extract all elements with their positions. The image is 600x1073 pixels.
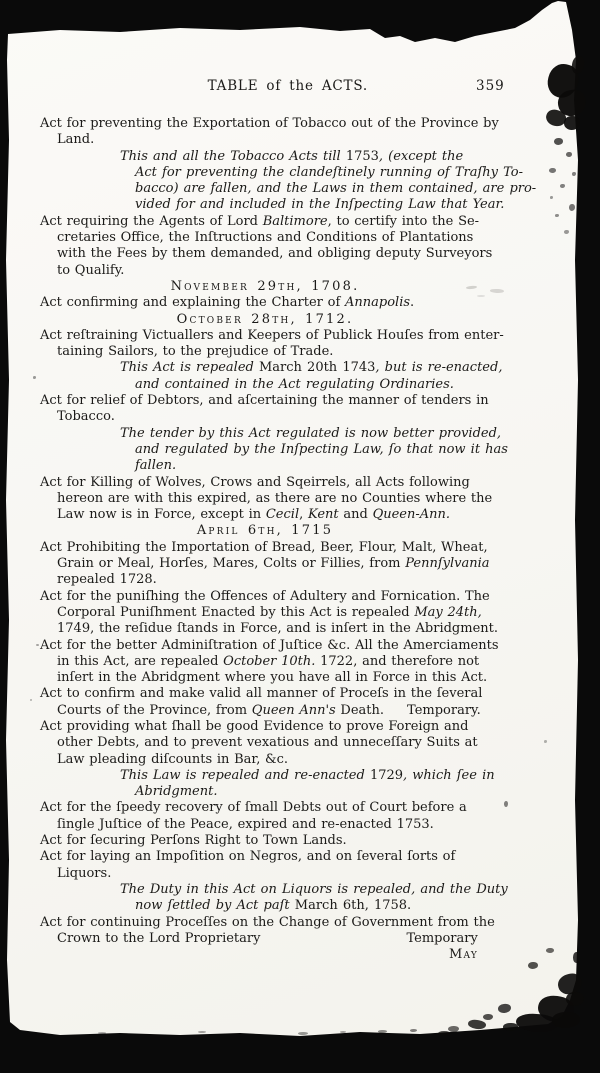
act-line: to Qualify. (40, 263, 542, 279)
act-line: hereon are with this expired, as there a… (40, 491, 542, 507)
act-line: Act for relief of Debtors, and aſcertain… (40, 393, 542, 409)
note-line: This and all the Tobacco Acts till 1753,… (40, 149, 542, 165)
act-line: Act for the better Adminiſtration of Juſ… (40, 638, 542, 654)
ink-smudge (566, 992, 584, 1006)
act-entry: Act for preventing the Exportation of To… (40, 116, 542, 149)
act-line: 1749, the reſidue ſtands in Force, and i… (40, 621, 542, 637)
act-entry: Act for relief of Debtors, and aſcertain… (40, 393, 542, 426)
ink-smudge (573, 952, 580, 963)
note-line: The Duty in this Act on Liquors is repea… (40, 882, 542, 898)
act-line: Corporal Puniſhment Enacted by this Act … (40, 605, 542, 621)
note-line: vided for and included in the Inſpecting… (40, 197, 542, 213)
status-word: Temporary. (407, 703, 481, 719)
act-line: cretaries Office, the Inſtructions and C… (40, 230, 542, 246)
act-note: This Act is repealed March 20th 1743, bu… (40, 360, 542, 393)
date-line: April 6th, 1715 (14, 523, 516, 539)
ink-smudge (552, 1012, 580, 1028)
act-line: Land. (40, 132, 542, 148)
act-entry: Act to confirm and make valid all manner… (40, 686, 542, 719)
act-line: taining Sailors, to the prejudice of Tra… (40, 344, 542, 360)
act-line: Act for ſecuring Perſons Right to Town L… (40, 833, 542, 849)
act-entry: Act for ſecuring Perſons Right to Town L… (40, 833, 542, 849)
catchword: May (40, 947, 542, 963)
act-line: other Debts, and to prevent vexatious an… (40, 735, 542, 751)
note-line: Act for preventing the clandeſtinely run… (40, 165, 542, 181)
act-entry: Act for the ſpeedy recovery of ſmall Deb… (40, 800, 542, 833)
act-line: Act Prohibiting the Importation of Bread… (40, 540, 542, 556)
act-line: Act providing what ſhall be good Evidenc… (40, 719, 542, 735)
ink-smudge (564, 116, 580, 130)
act-line: Courts of the Province, from Queen Ann's… (40, 703, 542, 719)
act-line: Grain or Meal, Horſes, Mares, Colts or F… (40, 556, 542, 572)
act-line: ſingle Juſtice of the Peace, expired and… (40, 817, 542, 833)
note-line: Abridgment. (40, 784, 542, 800)
date-line: November 29th, 1708. (14, 279, 516, 295)
act-line: repealed 1728. (40, 572, 542, 588)
act-line: Act to confirm and make valid all manner… (40, 686, 542, 702)
act-line: Act for laying an Impoſition on Negros, … (40, 849, 542, 865)
note-line: and contained in the Act regulating Ordi… (40, 377, 542, 393)
act-line: Act for the puniſhing the Offences of Ad… (40, 589, 542, 605)
ink-smudge (340, 1031, 346, 1033)
ink-smudge (36, 644, 39, 646)
note-line: now ſettled by Act paſt March 6th, 1758. (40, 898, 542, 914)
note-line: fallen. (40, 458, 542, 474)
act-line: Liquors. (40, 866, 542, 882)
ink-smudge (30, 699, 32, 701)
page-number: 359 (476, 78, 505, 94)
ink-smudge (503, 1023, 518, 1031)
act-entry: Act for continuing Proceſſes on the Chan… (40, 915, 542, 948)
act-line: Act confirming and explaining the Charte… (40, 295, 542, 311)
note-line: and regulated by the Inſpecting Law, ſo … (40, 442, 542, 458)
status-word: Temporary (406, 931, 477, 947)
note-line: The tender by this Act regulated is now … (40, 426, 542, 442)
scanned-document: TABLE of the ACTS. 359 Act for preventin… (0, 0, 600, 1073)
act-line: Tobacco. (40, 409, 542, 425)
act-line: Act for continuing Proceſſes on the Chan… (40, 915, 542, 931)
act-entry: Act for Killing of Wolves, Crows and Sqe… (40, 475, 542, 524)
acts-list: Act for preventing the Exportation of To… (40, 116, 542, 947)
act-line: inſert in the Abridgment where you have … (40, 670, 542, 686)
act-entry: Act reſtraining Victuallers and Keepers … (40, 328, 542, 361)
act-line: Act for Killing of Wolves, Crows and Sqe… (40, 475, 542, 491)
act-entry: Act for laying an Impoſition on Negros, … (40, 849, 542, 882)
session-date: October 28th, 1712. (40, 312, 542, 328)
act-line: Law now is in Force, except in Cecil, Ke… (40, 507, 542, 523)
act-line: Act requiring the Agents of Lord Baltimo… (40, 214, 542, 230)
act-line: Act for preventing the Exportation of To… (40, 116, 542, 132)
act-line: Crown to the Lord ProprietaryTemporary (40, 931, 542, 947)
page-title: TABLE of the ACTS. (208, 78, 368, 94)
act-line: Law pleading diſcounts in Bar, &c. (40, 752, 542, 768)
act-line: with the Fees by them demanded, and obli… (40, 246, 542, 262)
note-line: This Law is repealed and re-enacted 1729… (40, 768, 542, 784)
act-note: This and all the Tobacco Acts till 1753,… (40, 149, 542, 214)
act-entry: Act providing what ſhall be good Evidenc… (40, 719, 542, 768)
act-entry: Act Prohibiting the Importation of Bread… (40, 540, 542, 589)
act-entry: Act for the puniſhing the Offences of Ad… (40, 589, 542, 638)
date-line: October 28th, 1712. (14, 312, 516, 328)
act-line: in this Act, are repealed October 10th. … (40, 654, 542, 670)
act-entry: Act requiring the Agents of Lord Baltimo… (40, 214, 542, 279)
note-line: bacco) are fallen, and the Laws in them … (40, 181, 542, 197)
act-note: This Law is repealed and re-enacted 1729… (40, 768, 542, 801)
act-entry: Act for the better Adminiſtration of Juſ… (40, 638, 542, 687)
act-line: Act for the ſpeedy recovery of ſmall Deb… (40, 800, 542, 816)
note-line: This Act is repealed March 20th 1743, bu… (40, 360, 542, 376)
ink-smudge (438, 1031, 450, 1036)
act-note: The Duty in this Act on Liquors is repea… (40, 882, 542, 915)
page-content: TABLE of the ACTS. 359 Act for preventin… (40, 0, 542, 963)
act-entry: Act confirming and explaining the Charte… (40, 295, 542, 311)
ink-smudge (98, 1032, 106, 1034)
session-date: April 6th, 1715 (40, 523, 542, 539)
act-note: The tender by this Act regulated is now … (40, 426, 542, 475)
act-line: Act reſtraining Victuallers and Keepers … (40, 328, 542, 344)
running-header: TABLE of the ACTS. 359 (40, 78, 542, 95)
